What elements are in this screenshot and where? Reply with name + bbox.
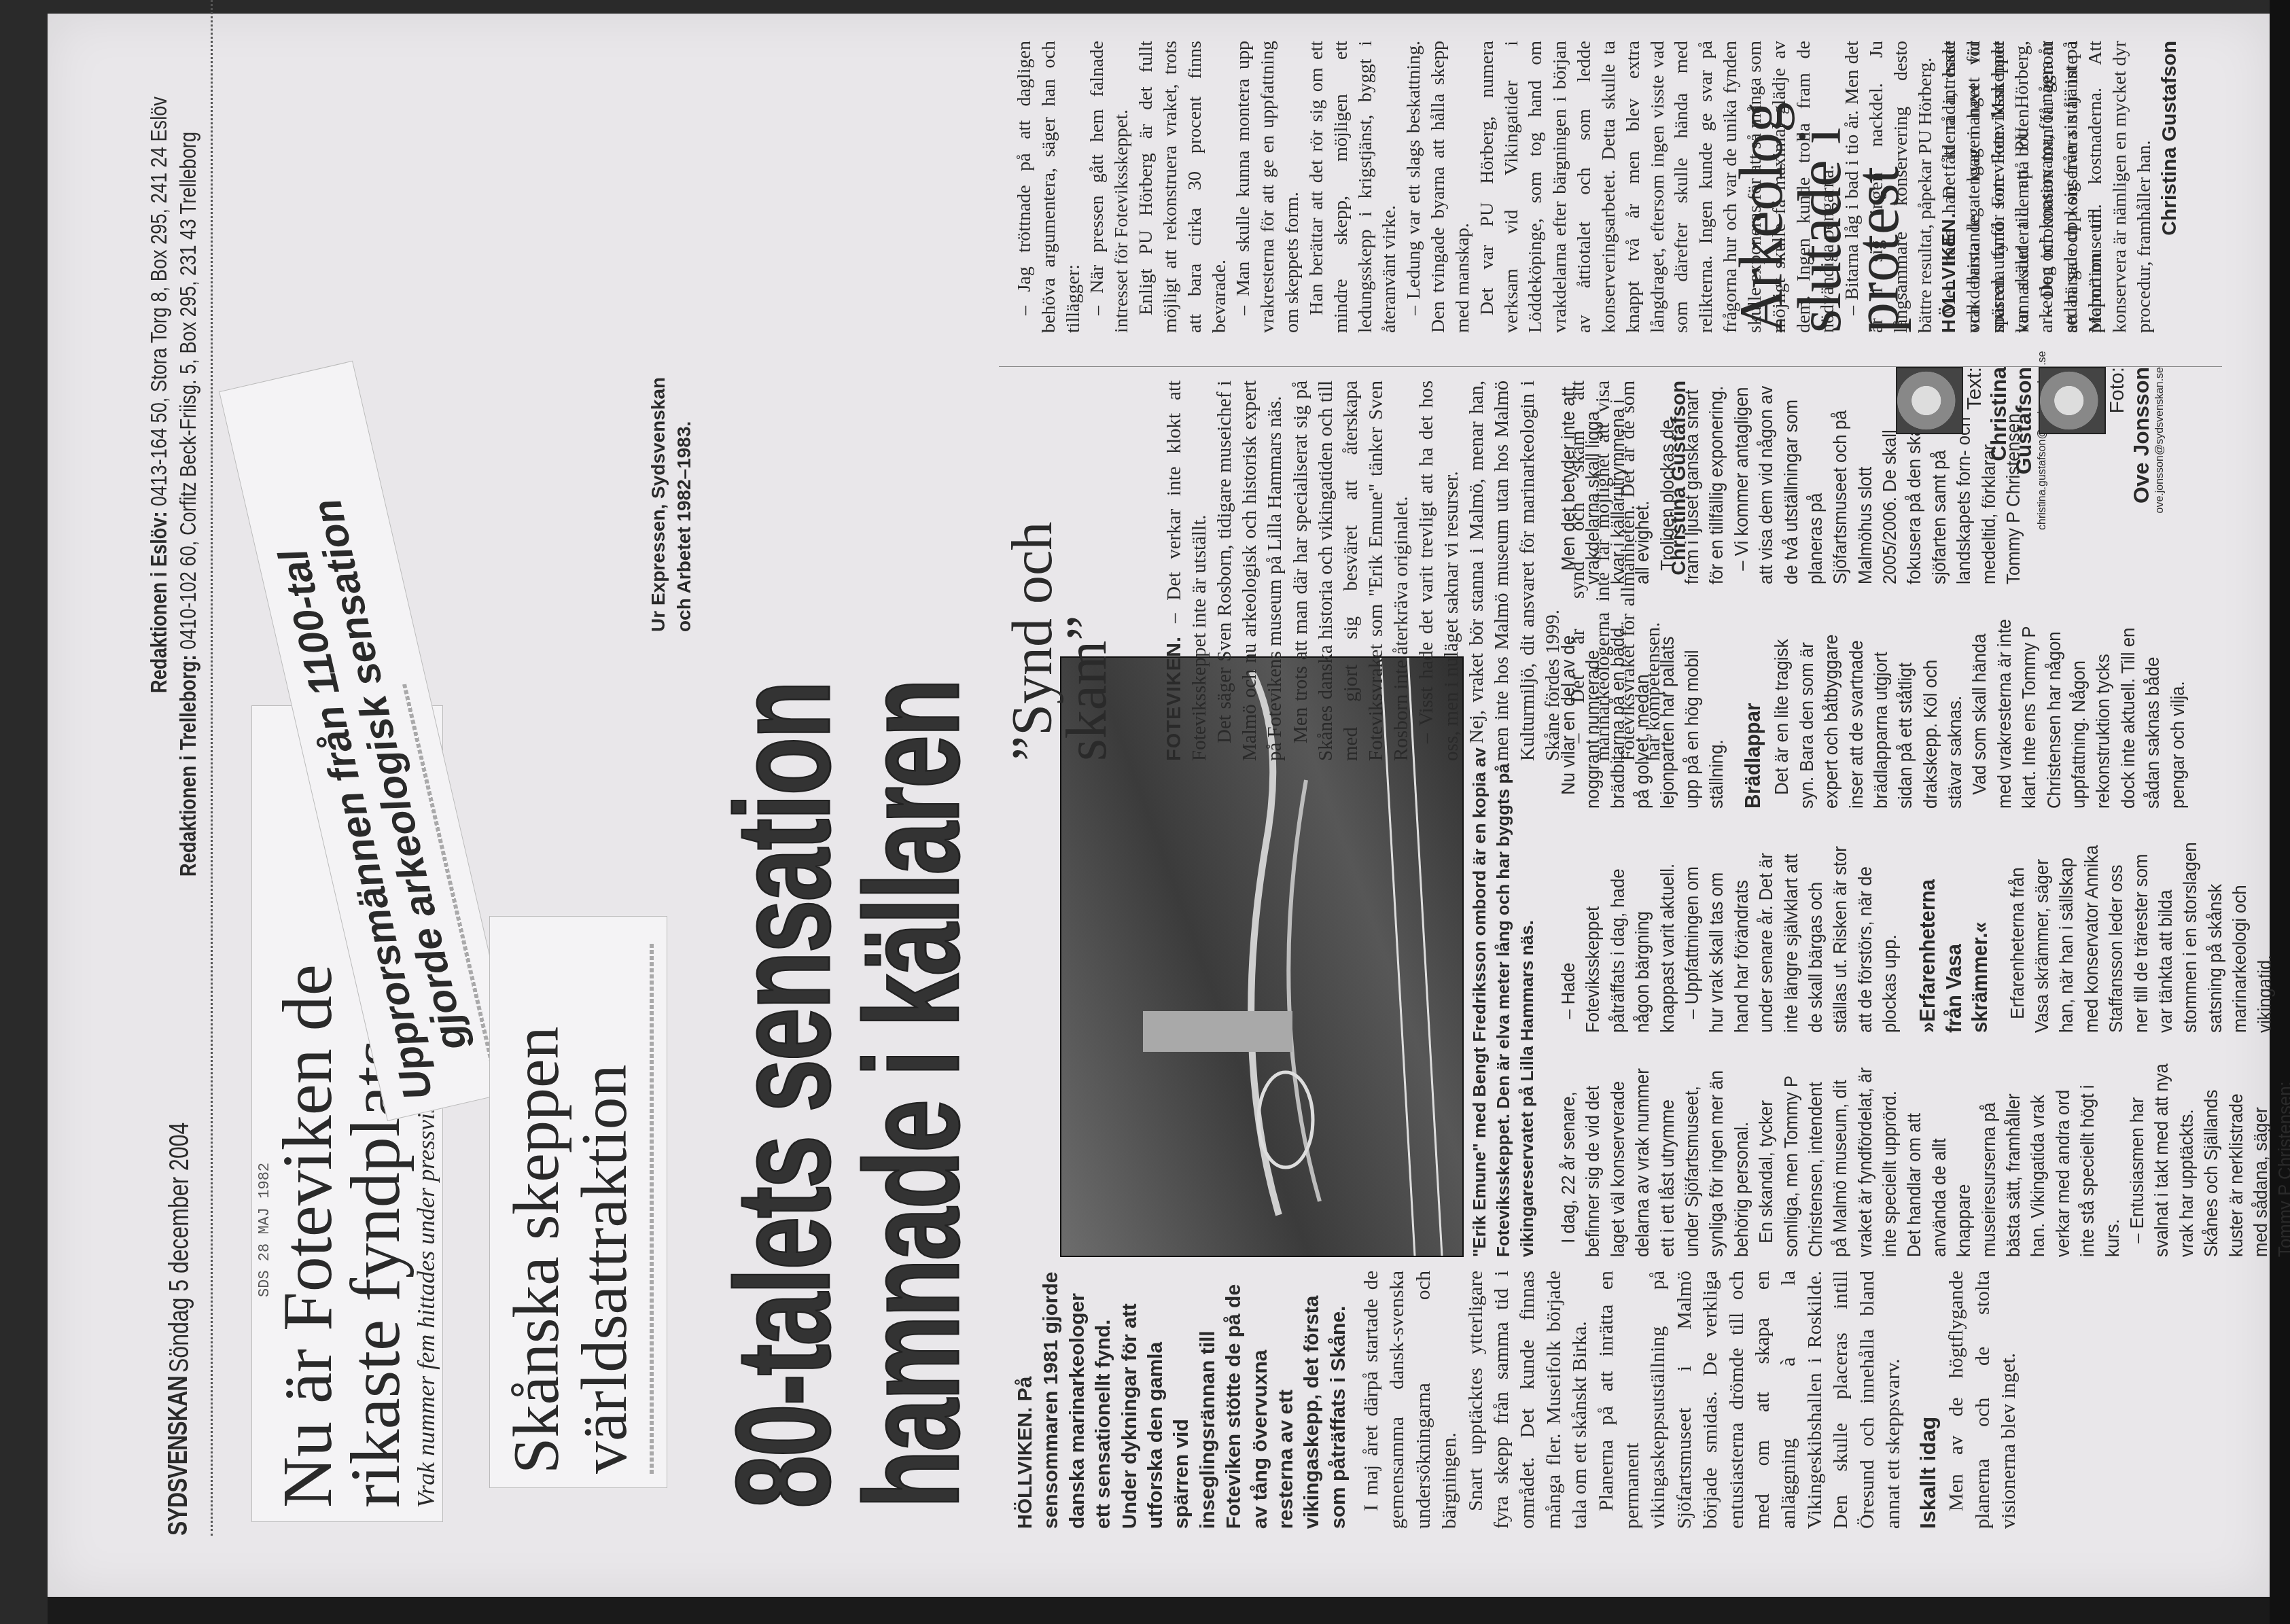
paragraph: Erfarenheterna från Vasa skrämmer, säger… xyxy=(2005,839,2277,1033)
paragraph: – Ledung var ett slags beskattning. Den … xyxy=(1402,41,1475,333)
masthead-logo: SYDSVENSKAN xyxy=(163,1376,194,1536)
paragraph: Det är en lite tragisk syn. Bara den som… xyxy=(1769,615,1967,809)
sidebar-synd-headline: ”Synd och skam” xyxy=(1006,381,1114,761)
paragraph: Det säger Sven Rosborn, tidigare museich… xyxy=(1212,381,1288,761)
byline-name: Ove Jonsson xyxy=(2129,367,2154,530)
byline-role: Foto: xyxy=(2106,367,2129,530)
newspaper-page: SYDSVENSKAN Söndag 5 december 2004 Redak… xyxy=(48,14,2270,1597)
byline-text: Text: Christina Gustafson christina.gust… xyxy=(1896,367,2049,530)
clipping-skanska-skeppen: Skånska skeppen världsattraktion xyxy=(489,916,667,1488)
article-column-3: – Hade Foteviksskeppet påträffats i dag,… xyxy=(1556,839,2277,1033)
paragraph: Nej, vraket bör stanna i Malmö, menar ha… xyxy=(1464,381,1565,761)
dateline: Söndag 5 december 2004 xyxy=(164,1123,195,1373)
paragraph: Vad som skall hända med vrakresterna är … xyxy=(1967,615,2190,809)
office-eslov: Redaktionen i Eslöv: 0413-164 50, Stora … xyxy=(146,96,173,693)
clipping-headline: Nu är Foteviken de xyxy=(272,964,343,1508)
column-divider xyxy=(999,366,2222,367)
paragraph: Det var PU Hörberg, numera verksam vid V… xyxy=(1475,41,1840,333)
office-trelleborg: Redaktionen i Trelleborg: 0410-102 60, C… xyxy=(175,132,202,877)
signature: Christina Gustafson xyxy=(2157,41,2183,333)
photographer-portrait xyxy=(2039,367,2106,434)
paragraph: – Man skulle kunna montera upp vrakreste… xyxy=(1231,41,1304,333)
paragraph: – Bitarna låg i bad i tio år. Men det är… xyxy=(1840,41,1937,333)
author-portrait xyxy=(1896,367,1963,434)
paragraph: Men av de högtflygande planerna och de s… xyxy=(1943,1271,2022,1529)
torn-edge xyxy=(48,1597,2270,1624)
paragraph: Enligt PU Hörberg är det fullt möjligt a… xyxy=(1134,41,1231,333)
paragraph: – Det är synd och skam att marinarkeolog… xyxy=(1566,381,1666,761)
paragraph: I dag, 22 år senare, befinner sig de vid… xyxy=(1556,1063,1754,1257)
paragraph: I maj året därpå startade de gemensamma … xyxy=(1358,1271,1463,1529)
signature: Christina Gustafson xyxy=(1666,381,1692,761)
paragraph: – Den information man får genom att bärg… xyxy=(2035,41,2157,333)
clipping-headline: Skånska skeppen xyxy=(504,1026,569,1474)
article-column-1: HÖLLVIKEN. På sensommaren 1981 gjorde da… xyxy=(1012,1271,2022,1529)
clipping-headline: världsattraktion xyxy=(571,1065,637,1474)
scan-edge xyxy=(2270,0,2290,1624)
paragraph: – Hade Foteviksskeppet påträffats i dag,… xyxy=(1556,839,1680,1033)
byline-email[interactable]: ove.jonsson@sydsvenskan.se xyxy=(2154,367,2166,530)
paragraph: Snart upptäcktes ytterligare fyra skepp … xyxy=(1463,1271,1593,1529)
byline-photo: Foto: Ove Jonsson ove.jonsson@sydsvenska… xyxy=(2039,367,2166,530)
header-rule xyxy=(211,0,213,1536)
byline-role: Text: xyxy=(1963,367,1986,530)
byline-name: Christina Gustafson xyxy=(1986,367,2037,530)
clippings-source: Ur Expressen, Sydsvenskan och Arbetet 19… xyxy=(646,360,697,632)
paragraph: – Entusiasmen har svalnat i takt med att… xyxy=(2125,1063,2290,1257)
pullquote: »Erfarenheterna från Vasa skrämmer.« xyxy=(1914,839,1992,1033)
paragraph: Men trots att man där har specialiserat … xyxy=(1288,381,1415,761)
subhead-iskallt: Iskallt idag xyxy=(1916,1271,1941,1529)
article-column-2: I dag, 22 år senare, befinner sig de vid… xyxy=(1556,1063,2290,1257)
main-headline-line1: 80-talets sensation xyxy=(720,682,847,1508)
article-lead: HÖLLVIKEN. På sensommaren 1981 gjorde da… xyxy=(1012,1271,1352,1529)
main-headline-line2: hamnade i källaren xyxy=(849,680,976,1508)
paragraph: Planerna på att inrätta en permanent vik… xyxy=(1593,1271,1907,1529)
paragraph: En skandal, tycker somliga, men Tommy P … xyxy=(1754,1063,2125,1257)
paragraph: – Jag tröttnade på att dagligen behöva a… xyxy=(1012,41,1085,333)
sidebar-arkeolog-body: – Jag tröttnade på att dagligen behöva a… xyxy=(1012,41,2183,333)
sidebar-synd-body: FOTEVIKEN. – Det verkar inte klokt att F… xyxy=(1162,381,1693,761)
paragraph: Han berättar att det rör sig om ett mind… xyxy=(1305,41,1402,333)
paragraph: Men hade han fått råda, hade vrakdelarna… xyxy=(1937,41,2034,333)
paragraph: – Visst hade det varit trevligt att ha d… xyxy=(1414,381,1464,761)
paragraph: – När pressen gått hem falnade intresset… xyxy=(1085,41,1134,333)
subhead-bradlappar: Brädlappar xyxy=(1739,615,1767,809)
paragraph: – Uppfattningen om hur vrak skall tas om… xyxy=(1680,839,1903,1033)
